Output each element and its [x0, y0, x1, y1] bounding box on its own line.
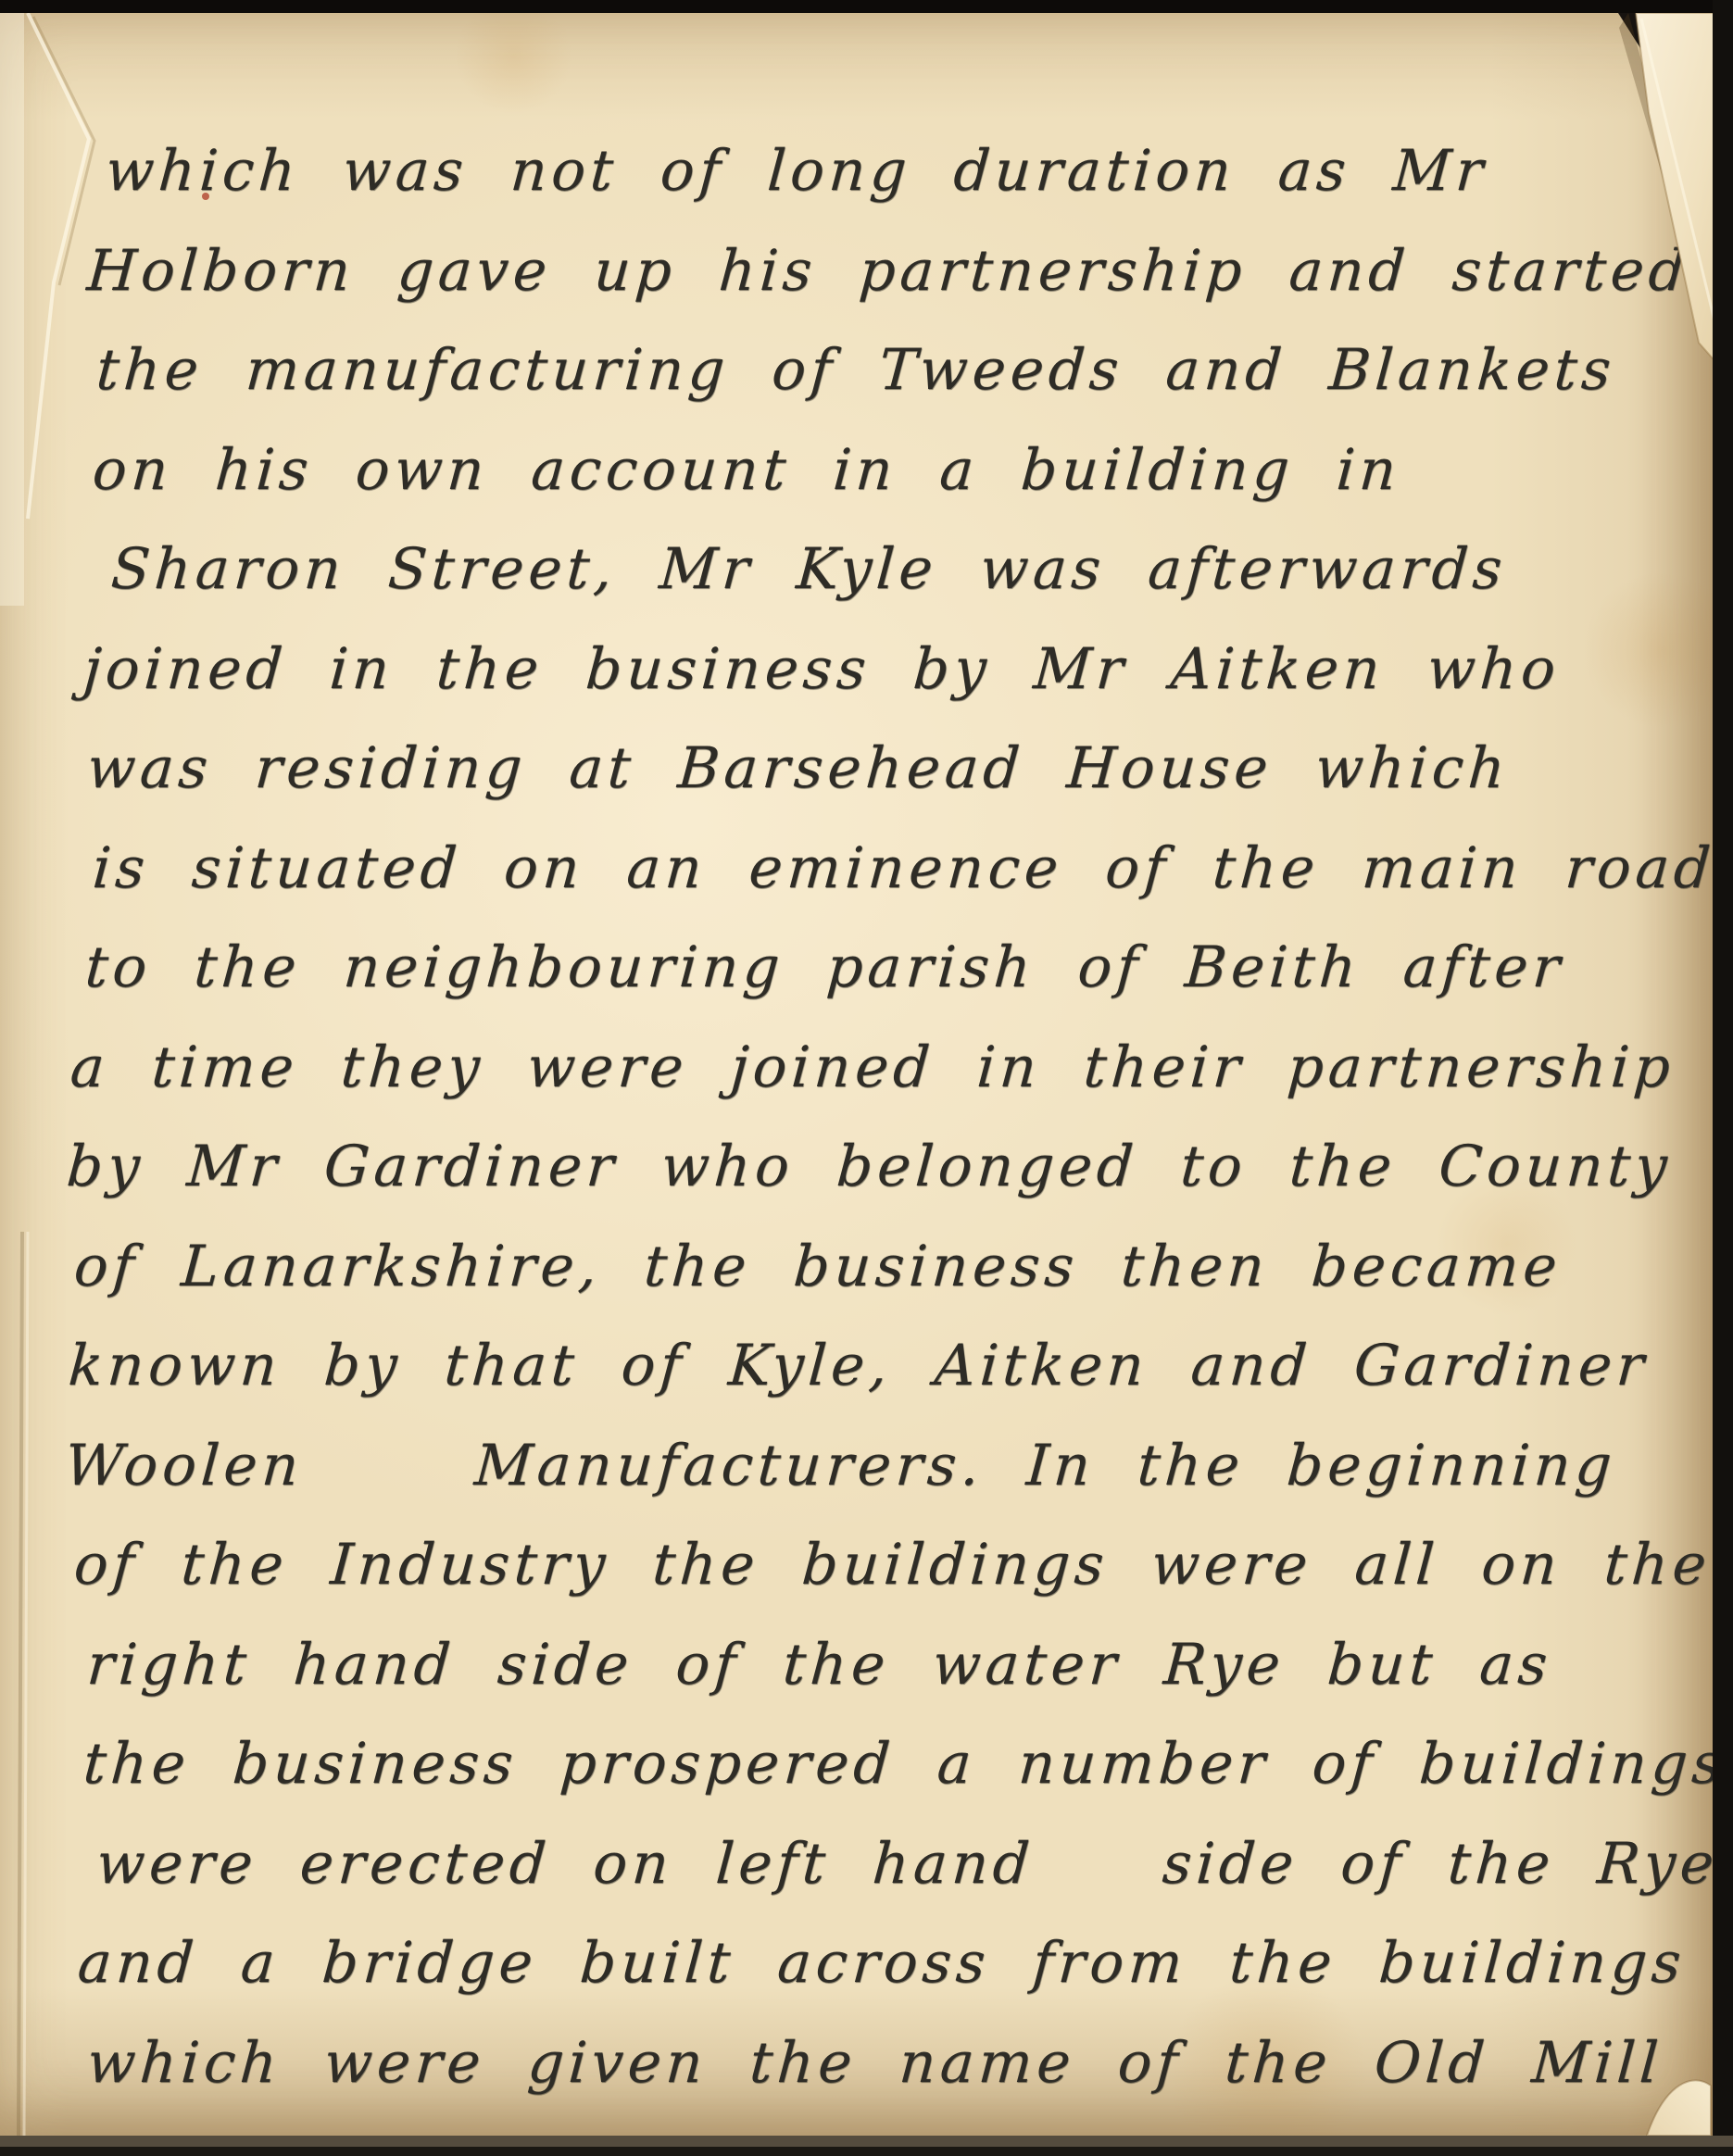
scan-background: which was not of long duration as Mr Hol…	[0, 0, 1733, 2156]
handwritten-line: known by that of Kyle, Aitken and Gardin…	[67, 1337, 1651, 1394]
handwritten-line: which were given the name of the Old Mil…	[85, 2035, 1664, 2091]
handwritten-line: of the Industry the buildings were all o…	[72, 1536, 1713, 1593]
handwritten-line: was residing at Barsehead House which	[85, 740, 1512, 796]
handwritten-line: is situated on an eminence of the main r…	[91, 840, 1716, 896]
handwriting: which was not of long duration as Mr Hol…	[0, 0, 1733, 2156]
handwritten-line: the manufacturing of Tweeds and Blankets	[94, 342, 1617, 398]
handwritten-line: right hand side of the water Rye but as	[85, 1636, 1553, 1693]
handwritten-line: Woolen Manufacturers. In the beginning	[63, 1437, 1618, 1494]
handwritten-line: joined in the business by Mr Aitken who	[82, 641, 1562, 697]
handwritten-line: which was not of long duration as Mr	[104, 143, 1489, 199]
handwritten-line: Holborn gave up his partnership and star…	[85, 243, 1691, 299]
handwritten-line: and a bridge built across from the build…	[76, 1935, 1688, 1991]
handwritten-line: of Lanarkshire, the business then became	[72, 1238, 1563, 1295]
handwritten-line: a time they were joined in their partner…	[69, 1039, 1676, 1096]
handwritten-line: were erected on left hand side of the Ry…	[94, 1836, 1720, 1892]
handwritten-line: to the neighbouring parish of Beith afte…	[83, 939, 1566, 996]
handwritten-line: the business prospered a number of build…	[82, 1736, 1727, 1792]
handwritten-line: on his own account in a building in	[91, 442, 1402, 498]
handwritten-line: Sharon Street, Mr Kyle was afterwards	[109, 541, 1508, 597]
handwritten-line: by Mr Gardiner who belonged to the Count…	[65, 1138, 1674, 1195]
